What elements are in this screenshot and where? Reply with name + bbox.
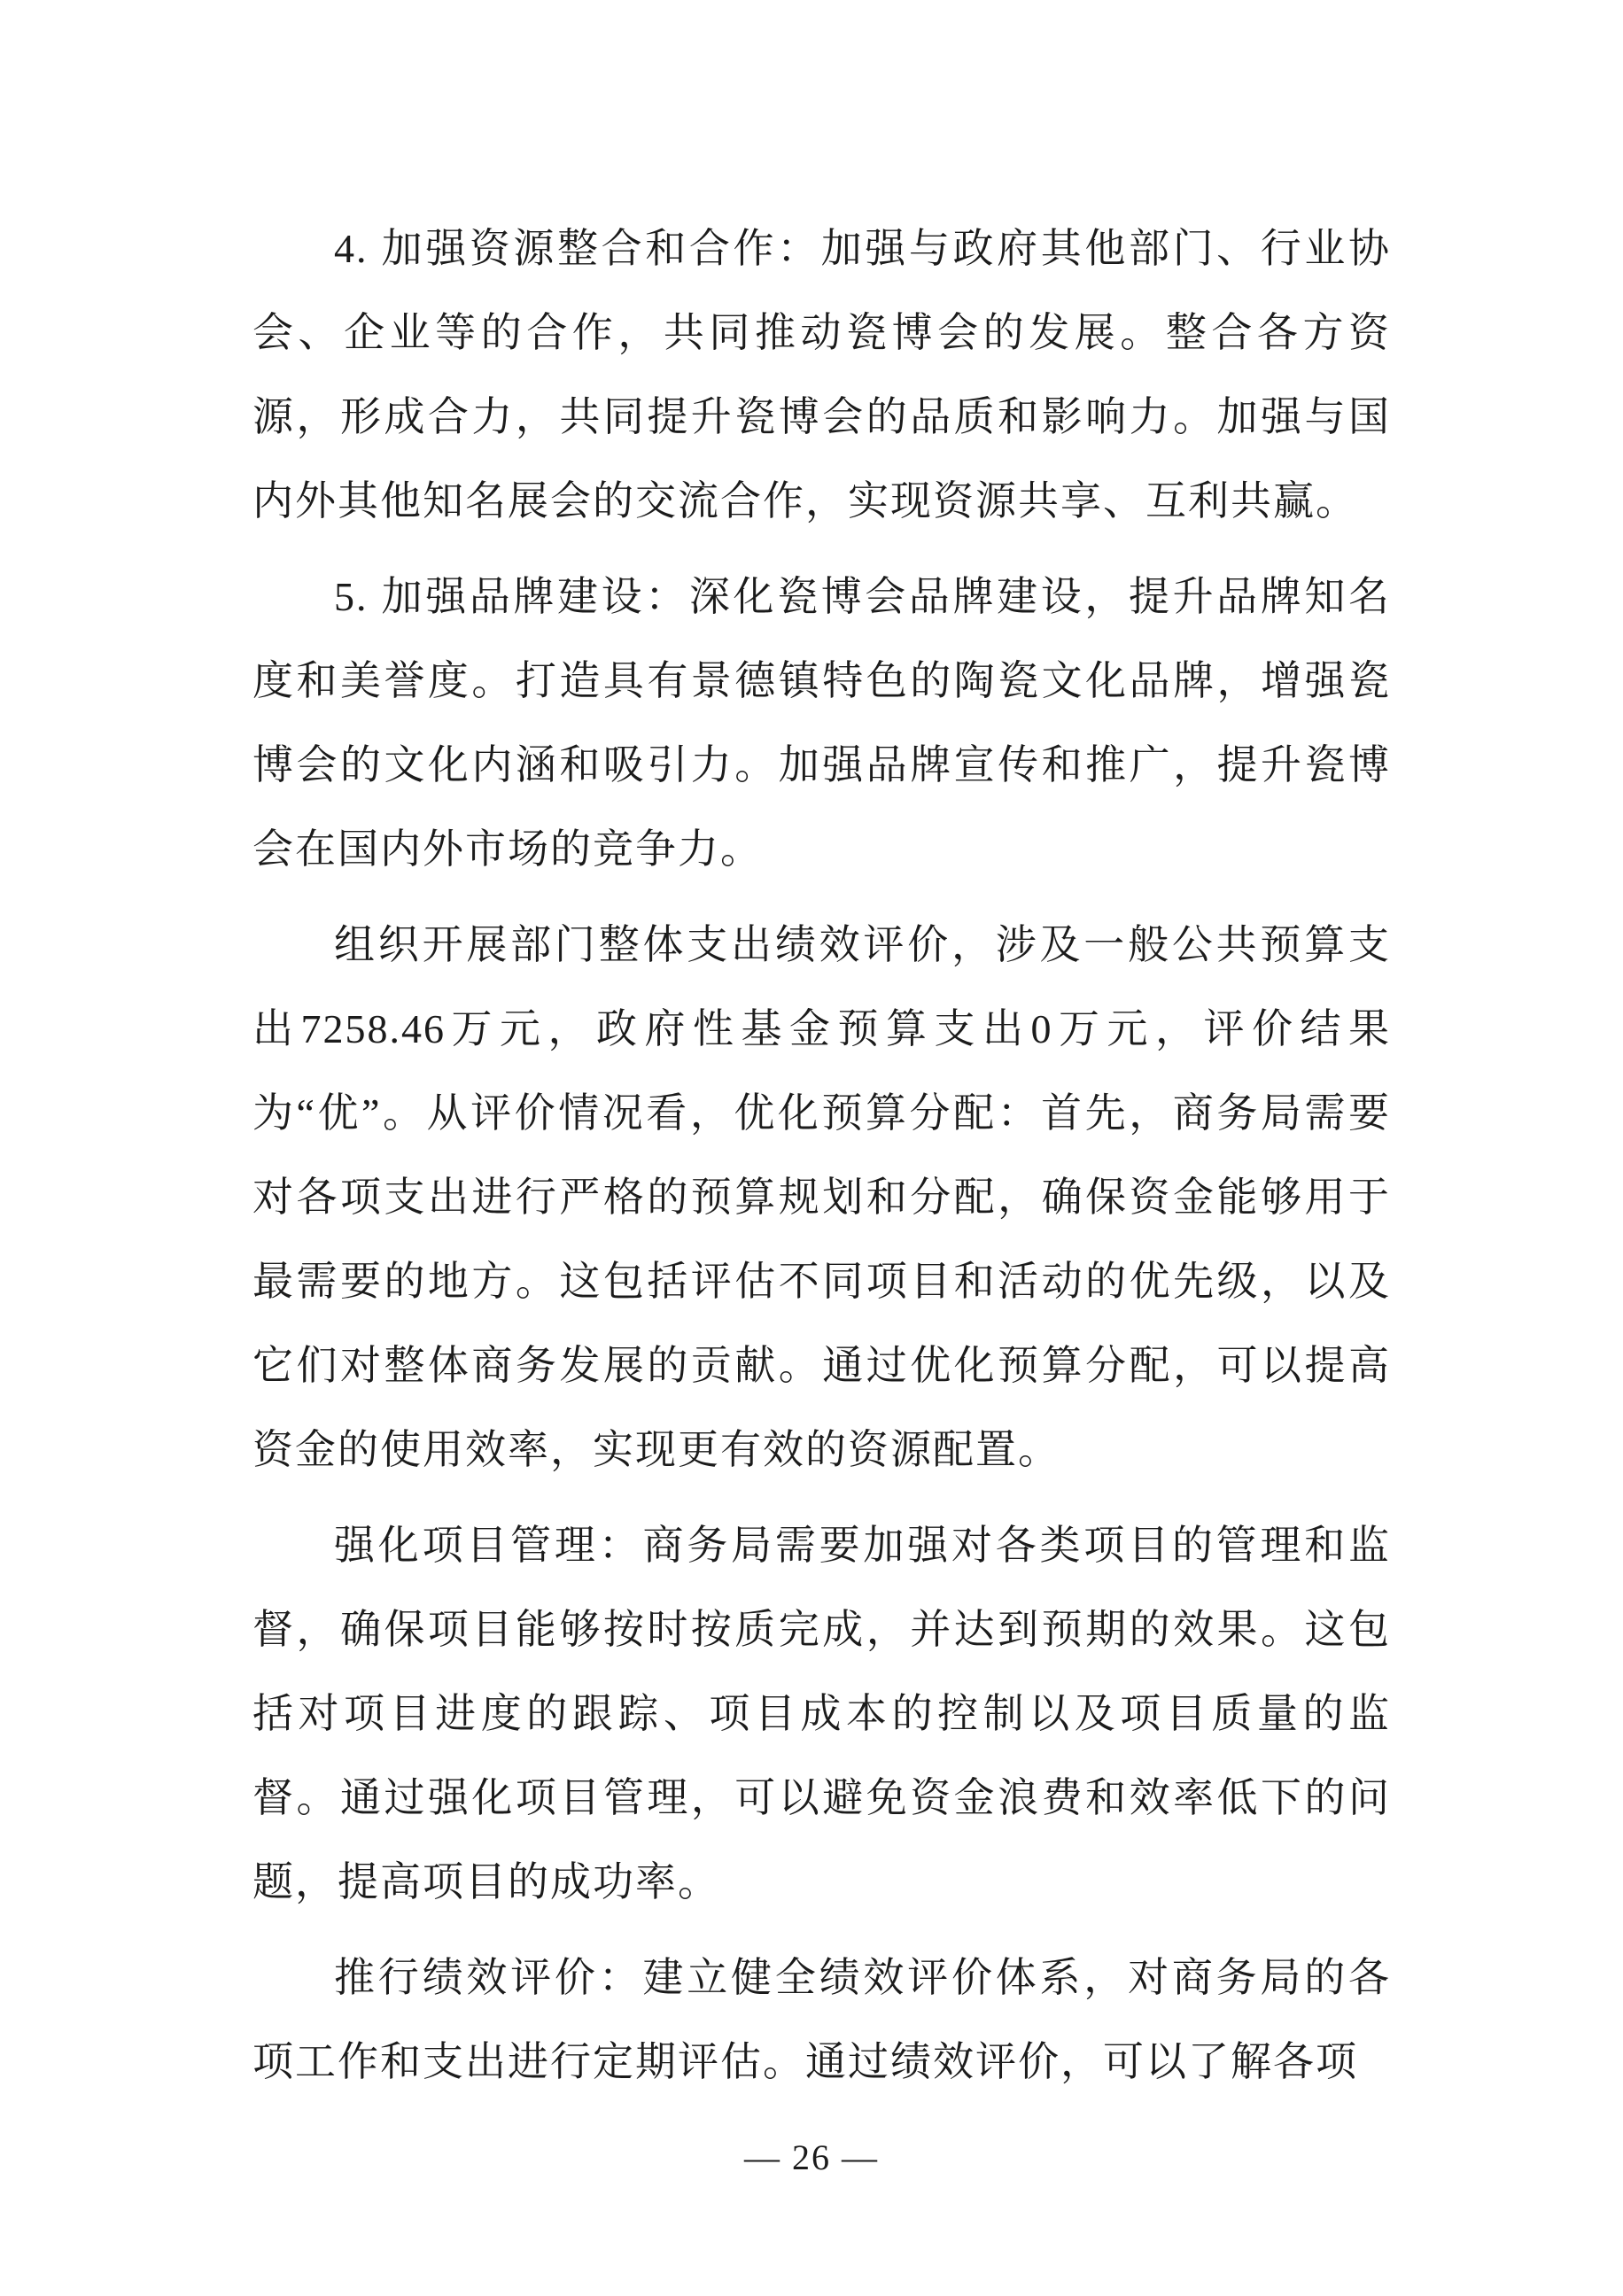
document-body: 4. 加强资源整合和合作：加强与政府其他部门、行业协会、企业等的合作，共同推动瓷…: [252, 206, 1391, 2115]
paragraph-performance-evaluation-system: 推行绩效评价：建立健全绩效评价体系，对商务局的各项工作和支出进行定期评估。通过绩…: [252, 1935, 1391, 2104]
page-number: — 26 —: [0, 2137, 1623, 2178]
paragraph-performance-evaluation-summary: 组织开展部门整体支出绩效评价，涉及一般公共预算支出7258.46万元，政府性基金…: [252, 903, 1391, 1492]
paragraph-brand-building: 5. 加强品牌建设：深化瓷博会品牌建设，提升品牌知名度和美誉度。打造具有景德镇特…: [252, 555, 1391, 891]
document-page: 4. 加强资源整合和合作：加强与政府其他部门、行业协会、企业等的合作，共同推动瓷…: [0, 0, 1623, 2296]
paragraph-resource-integration: 4. 加强资源整合和合作：加强与政府其他部门、行业协会、企业等的合作，共同推动瓷…: [252, 206, 1391, 543]
paragraph-project-management: 强化项目管理：商务局需要加强对各类项目的管理和监督，确保项目能够按时按质完成，并…: [252, 1503, 1391, 1924]
